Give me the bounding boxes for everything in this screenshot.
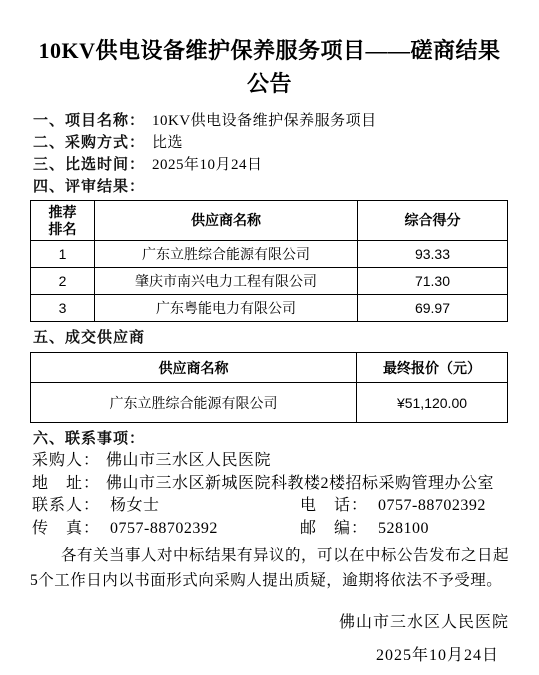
fax-postcode-line: 传 真： 0757-88702392 邮 编： 528100 [32,518,509,541]
phone-label: 电 话： [300,497,368,514]
section-selection-time: 三、比选时间： 2025年10月24日 [33,154,509,176]
supplier-cell: 广东立胜综合能源有限公司 [31,383,357,423]
table-row: 1 广东立胜综合能源有限公司 93.33 [31,241,508,268]
postcode-pair: 邮 编： 528100 [300,518,429,541]
postcode-value: 528100 [378,520,429,537]
section-evaluation-result: 四、评审结果： [33,176,509,197]
signature-block: 佛山市三水区人民医院 2025年10月24日 [339,606,509,672]
fax-value: 0757-88702392 [110,520,218,537]
contact-block: 采购人： 佛山市三水区人民医院 地 址： 佛山市三水区新城医院科教楼2楼招标采购… [32,450,509,540]
address-line: 地 址： 佛山市三水区新城医院科教楼2楼招标采购管理办公室 [32,473,509,496]
section-label: 二、采购方式： [33,132,145,153]
section-label: 一、项目名称： [33,110,145,131]
table-row: 3 广东粤能电力有限公司 69.97 [31,295,508,322]
supplier-header: 供应商名称 [95,201,358,241]
signature-organization: 佛山市三水区人民医院 [339,606,509,639]
rank-cell: 3 [31,295,95,322]
contact-person-value: 杨女士 [110,497,160,514]
phone-value: 0757-88702392 [378,497,486,514]
score-cell: 93.33 [358,241,508,268]
rank-cell: 2 [31,268,95,295]
price-cell: ¥51,120.00 [357,383,508,423]
section-value: 比选 [152,133,183,154]
contact-person-pair: 联系人： 杨女士 [32,495,300,518]
supplier-header: 供应商名称 [31,353,357,383]
address-label: 地 址： [32,473,100,496]
price-header: 最终报价（元） [357,353,508,383]
section-project-name: 一、项目名称： 10KV供电设备维护保养服务项目 [33,110,509,132]
table-row: 广东立胜综合能源有限公司 ¥51,120.00 [31,383,508,423]
fax-pair: 传 真： 0757-88702392 [32,518,300,541]
supplier-cell: 肇庆市南兴电力工程有限公司 [95,268,358,295]
purchaser-label: 采购人： [32,450,100,473]
objection-notice: 各有关当事人对中标结果有异议的，可以在中标公告发布之日起5个工作日内以书面形式向… [30,543,509,593]
evaluation-result-table: 推荐 排名 供应商名称 综合得分 1 广东立胜综合能源有限公司 93.33 2 … [30,200,508,322]
table-row: 2 肇庆市南兴电力工程有限公司 71.30 [31,268,508,295]
winning-supplier-table: 供应商名称 最终报价（元） 广东立胜综合能源有限公司 ¥51,120.00 [30,352,508,423]
contact-person-phone-line: 联系人： 杨女士 电 话： 0757-88702392 [32,495,509,518]
supplier-cell: 广东立胜综合能源有限公司 [95,241,358,268]
purchaser-line: 采购人： 佛山市三水区人民医院 [32,450,509,473]
score-header: 综合得分 [358,201,508,241]
purchaser-value: 佛山市三水区人民医院 [106,450,271,473]
section-value: 10KV供电设备维护保养服务项目 [152,111,377,132]
section-label: 三、比选时间： [33,154,145,175]
rank-header-line1: 推荐 [31,204,94,221]
page-title: 10KV供电设备维护保养服务项目——磋商结果公告 [32,34,507,100]
address-value: 佛山市三水区新城医院科教楼2楼招标采购管理办公室 [106,473,494,496]
section-headings: 一、项目名称： 10KV供电设备维护保养服务项目 二、采购方式： 比选 三、比选… [30,110,509,197]
rank-header-line2: 排名 [31,221,94,238]
section-label: 五、成交供应商 [33,327,145,348]
signature-date: 2025年10月24日 [339,639,509,672]
supplier-cell: 广东粤能电力有限公司 [95,295,358,322]
section-value: 2025年10月24日 [152,155,263,176]
document-page: 10KV供电设备维护保养服务项目——磋商结果公告 一、项目名称： 10KV供电设… [0,0,539,675]
section-label: 六、联系事项： [33,428,145,449]
contact-person-label: 联系人： [32,497,100,514]
postcode-label: 邮 编： [300,520,368,537]
rank-header: 推荐 排名 [31,201,95,241]
section-winning-supplier: 五、成交供应商 [33,327,509,348]
phone-pair: 电 话： 0757-88702392 [300,495,486,518]
table-header-row: 推荐 排名 供应商名称 综合得分 [31,201,508,241]
section-contact-matters: 六、联系事项： [33,428,509,449]
score-cell: 71.30 [358,268,508,295]
rank-cell: 1 [31,241,95,268]
section-label: 四、评审结果： [33,176,145,197]
score-cell: 69.97 [358,295,508,322]
fax-label: 传 真： [32,520,100,537]
section-purchase-method: 二、采购方式： 比选 [33,132,509,154]
table-header-row: 供应商名称 最终报价（元） [31,353,508,383]
